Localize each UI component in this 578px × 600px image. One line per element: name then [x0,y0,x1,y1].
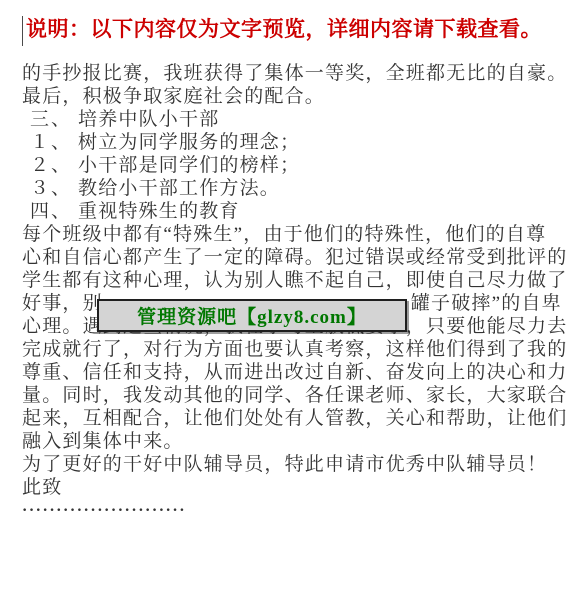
list-item-text: 培养中队小干部 [78,109,219,130]
list-item-number: 三、 [30,108,78,131]
text-line: ３、教给小干部工作方法。 [22,177,578,200]
text-line: 心和自信心都产生了一定的障碍。犯过错误或经常受到批评的 [22,246,578,269]
split-line-left: 好事，别 [22,293,103,314]
text-line: 为了更好的干好中队辅导员，特此申请市优秀中队辅导员！ [22,453,578,476]
text-line: ２、小干部是同学们的榜样； [22,154,578,177]
list-item-text: 小干部是同学们的榜样； [78,155,300,176]
list-item-number: ３、 [30,177,78,200]
text-line: 四、重视特殊生的教育 [22,200,578,223]
text-line: 三、培养中队小干部 [22,108,578,131]
preview-notice: 说明：以下内容仅为文字预览，详细内容请下载查看。 [26,13,542,43]
text-line: 量。同时，我发动其他的同学、各任课老师、家长，大家联合 [22,384,578,407]
text-line: ························ [22,499,578,522]
list-item-number: １、 [30,131,78,154]
list-item-text: 重视特殊生的教育 [78,201,240,222]
text-line: 融入到集体中来。 [22,430,578,453]
text-line: 最后，积极争取家庭社会的配合。 [22,85,578,108]
text-line: 起来，互相配合，让他们处处有人管教，关心和帮助，让他们 [22,407,578,430]
text-line: １、树立为同学服务的理念； [22,131,578,154]
text-line: 每个班级中都有“特殊生”，由于他们的特殊性，他们的自尊 [22,223,578,246]
list-item-text: 树立为同学服务的理念； [78,132,300,153]
text-line: 此致 [22,476,578,499]
split-line-right: 罐子破摔”的自卑 [411,293,562,314]
document-preview-page: 说明：以下内容仅为文字预览，详细内容请下载查看。 的手抄报比赛，我班获得了集体一… [0,0,578,600]
glzy8-watermark-link[interactable]: 管理资源吧【glzy8.com】 [97,299,407,332]
text-cursor [22,16,23,46]
list-item-number: 四、 [30,200,78,223]
text-line: 的手抄报比赛，我班获得了集体一等奖，全班都无比的自豪。 [22,62,578,85]
text-line: 尊重、信任和支持，从而进出改过自新、奋发向上的决心和力 [22,361,578,384]
text-line: 完成就行了，对行为方面也要认真考察，这样他们得到了我的 [22,338,578,361]
list-item-number: ２、 [30,154,78,177]
document-body: 的手抄报比赛，我班获得了集体一等奖，全班都无比的自豪。最后，积极争取家庭社会的配… [22,62,578,522]
list-item-text: 教给小干部工作方法。 [78,178,280,199]
text-line: 学生都有这种心理，认为别人瞧不起自己，即使自己尽力做了 [22,269,578,292]
